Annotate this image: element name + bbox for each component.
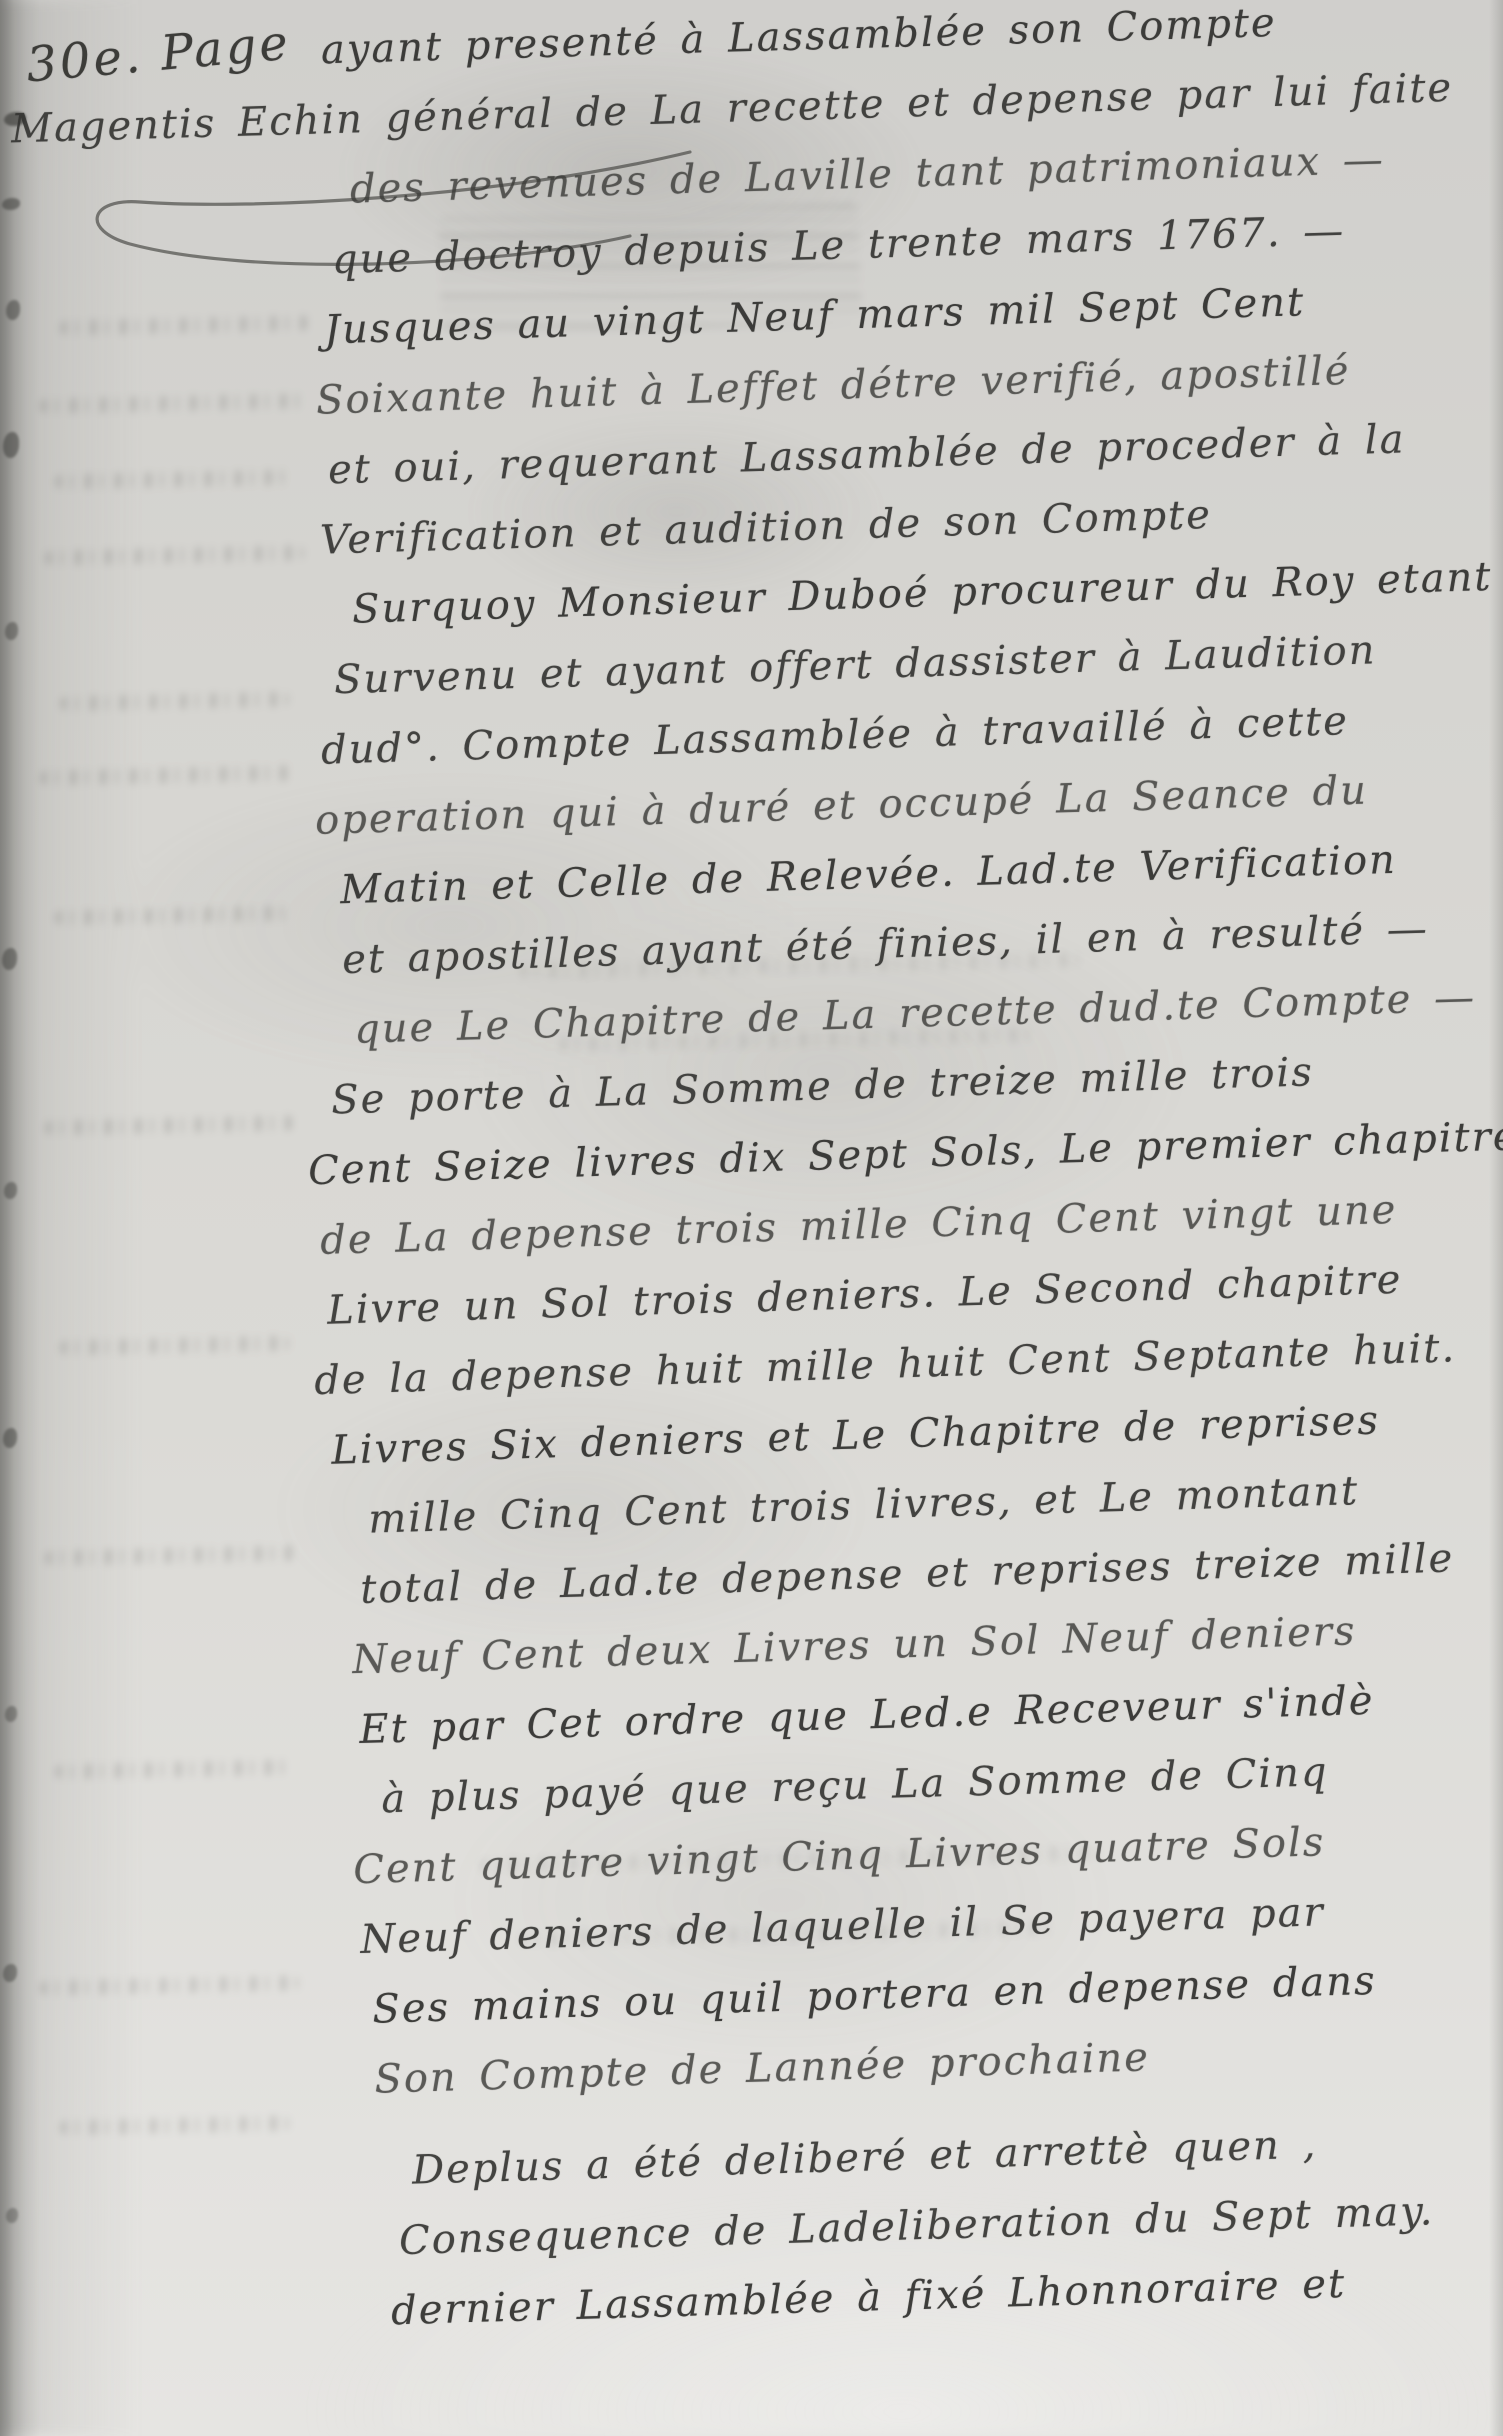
bleedthrough-text <box>40 1975 300 1995</box>
margin-page-number: 30e. Page <box>24 15 293 94</box>
bleedthrough-text <box>60 692 290 712</box>
bleedthrough-text <box>45 1115 295 1135</box>
manuscript-page: 30e. Page ayant presenté à Lassamblée so… <box>0 0 1503 2436</box>
bleedthrough-text <box>60 1336 290 1356</box>
bleedthrough-text <box>45 545 305 565</box>
bleedthrough-text <box>40 765 295 785</box>
bleedthrough-text <box>60 2116 290 2136</box>
bleedthrough-text <box>55 1759 295 1779</box>
bleedthrough-text <box>45 1545 300 1565</box>
bleedthrough-text <box>40 393 310 414</box>
bleedthrough-text <box>55 469 295 489</box>
bleedthrough-text <box>55 906 290 926</box>
bleedthrough-text <box>60 315 310 335</box>
page-gutter-edge <box>0 0 40 2436</box>
manuscript-text-block: ayant presenté à Lassamblée son CompteMa… <box>300 0 1503 2347</box>
